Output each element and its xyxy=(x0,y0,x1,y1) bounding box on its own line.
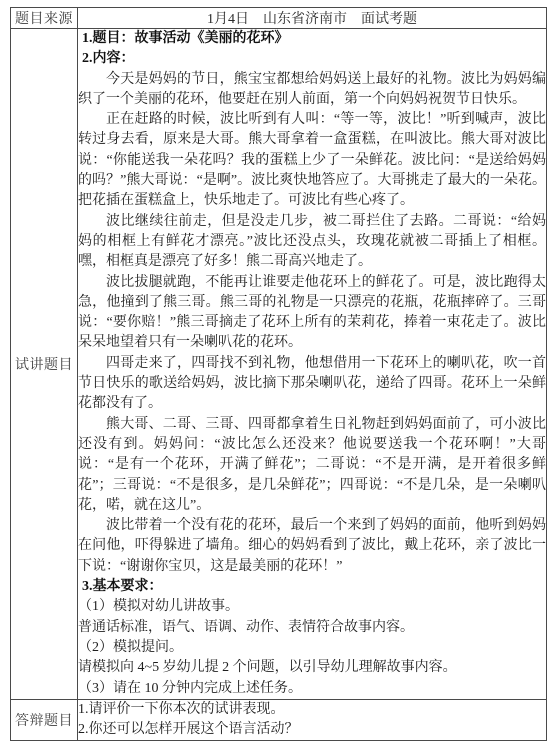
requirements-section-heading: 3.基本要求： xyxy=(78,577,546,597)
story-paragraph: 波比拔腿就跑，不能再让谁要走他花环上的鲜花了。可是，波比跑得太急，他撞到了熊三哥… xyxy=(78,273,546,354)
story-paragraph: 波比继续往前走，但是没走几步，被二哥拦住了去路。二哥说：“给妈妈的相框上有鲜花才… xyxy=(78,212,546,273)
source-value-cell: 1月4日 山东省济南市 面试考题 xyxy=(78,8,547,29)
defense-label-cell: 答辩题目 xyxy=(11,699,78,740)
story-paragraph: 熊大哥、二哥、三哥、四哥都拿着生日礼物赶到妈妈面前了，可小波比还没有到。妈妈问：… xyxy=(78,415,546,516)
defense-question: 2.你还可以怎样开展这个语言活动？ xyxy=(78,720,546,740)
exam-question-table: 题目来源 1月4日 山东省济南市 面试考题 试讲题目 1.题目：故事活动《美丽的… xyxy=(10,7,547,741)
story-paragraph: 今天是妈妈的节日，熊宝宝都想给妈妈送上最好的礼物。波比为妈妈编织了一个美丽的花环… xyxy=(78,70,546,111)
requirement-line: 请模拟向 4~5 岁幼儿提 2 个问题，以引导幼儿理解故事内容。 xyxy=(78,658,546,678)
defense-content-cell: 1.请评价一下你本次的试讲表现。 2.你还可以怎样开展这个语言活动？ xyxy=(78,699,547,740)
story-title-heading: 1.题目：故事活动《美丽的花环》 xyxy=(78,29,546,49)
source-row: 题目来源 1月4日 山东省济南市 面试考题 xyxy=(11,8,547,29)
requirement-line: 普通话标准，语气、语调、动作、表情符合故事内容。 xyxy=(78,618,546,638)
story-paragraph: 波比带着一个没有花的花环，最后一个来到了妈妈的面前，他听到妈妈在问他，吓得躲进了… xyxy=(78,516,546,577)
source-label-cell: 题目来源 xyxy=(11,8,78,29)
requirement-line: （2）模拟提问。 xyxy=(78,638,546,658)
defense-row: 答辩题目 1.请评价一下你本次的试讲表现。 2.你还可以怎样开展这个语言活动？ xyxy=(11,699,547,740)
content-section-heading: 2.内容： xyxy=(78,49,546,69)
story-paragraph: 正在赶路的时候，波比听到有人叫：“等一等，波比！”听到喊声，波比转过身去看，原来… xyxy=(78,110,546,211)
defense-question: 1.请评价一下你本次的试讲表现。 xyxy=(78,700,546,720)
trial-lecture-content-cell: 1.题目：故事活动《美丽的花环》 2.内容： 今天是妈妈的节日，熊宝宝都想给妈妈… xyxy=(78,29,547,700)
story-paragraph: 四哥走来了，四哥找不到礼物，他想借用一下花环上的喇叭花，吹一首节日快乐的歌送给妈… xyxy=(78,354,546,415)
requirement-line: （3）请在 10 分钟内完成上述任务。 xyxy=(78,679,546,699)
trial-lecture-row: 试讲题目 1.题目：故事活动《美丽的花环》 2.内容： 今天是妈妈的节日，熊宝宝… xyxy=(11,29,547,700)
trial-lecture-label-cell: 试讲题目 xyxy=(11,29,78,700)
requirement-line: （1）模拟对幼儿讲故事。 xyxy=(78,597,546,617)
